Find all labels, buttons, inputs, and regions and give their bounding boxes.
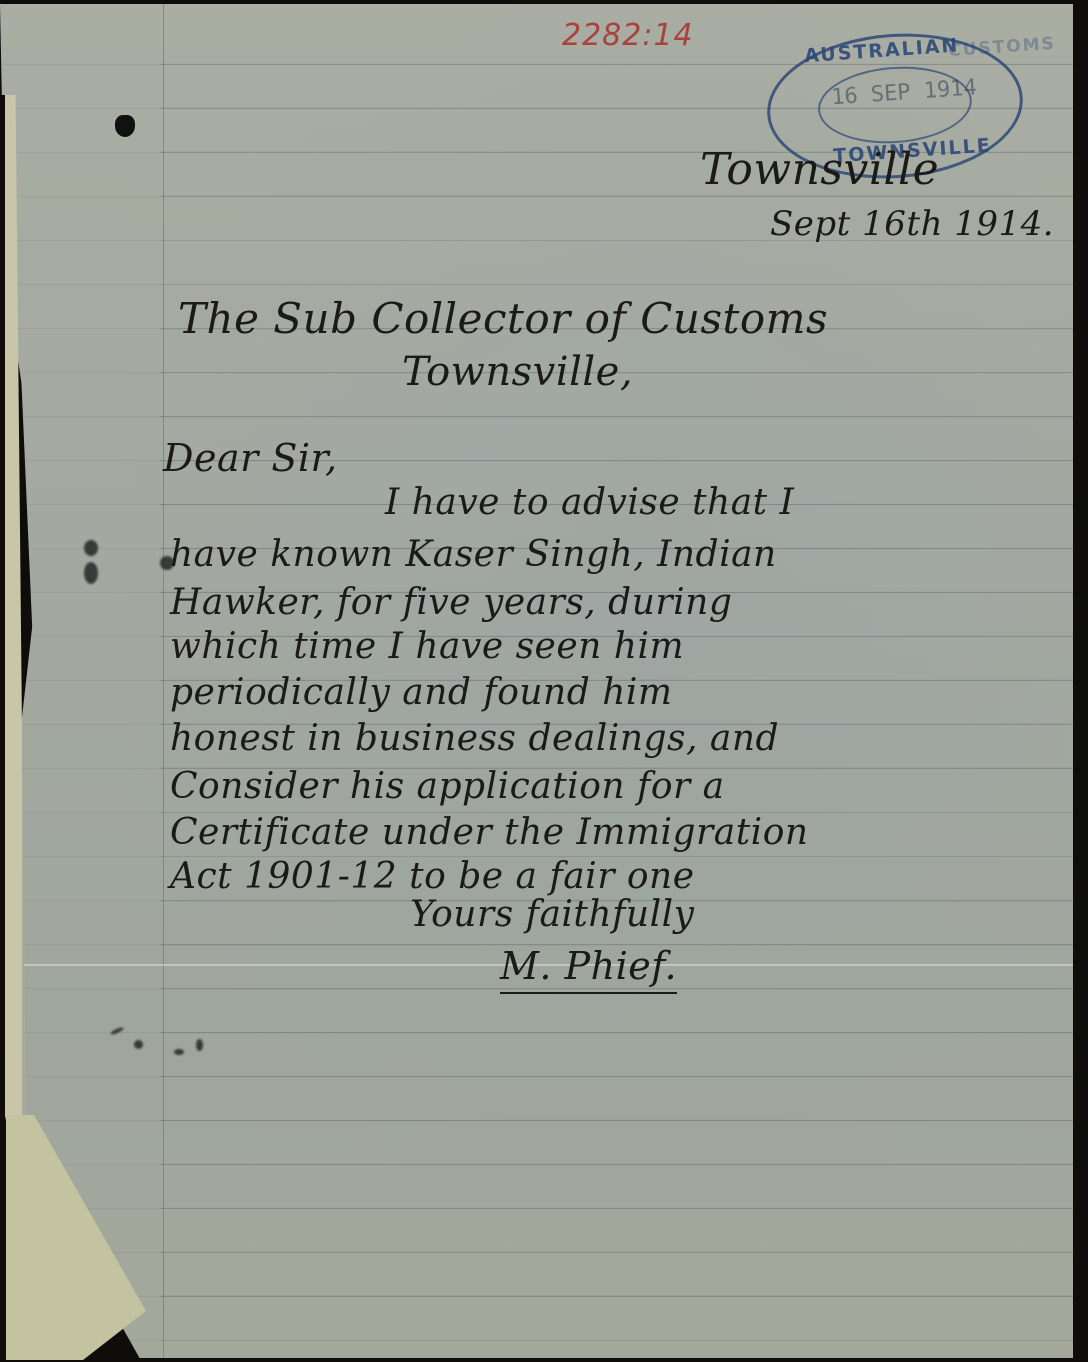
body-line: Consider his application for a xyxy=(170,766,725,807)
recipient-line-2: Townsville, xyxy=(402,349,633,395)
letter-paper: 2282:14 AUSTRALIAN CUSTOMS 16 SEP 1914 T… xyxy=(0,4,1073,1358)
ink-blot xyxy=(134,1040,143,1049)
punch-hole xyxy=(115,115,135,137)
letter-date: Sept 16th 1914. xyxy=(770,204,1054,244)
body-line: have known Kaser Singh, Indian xyxy=(170,534,777,575)
signature: M. Phief. xyxy=(500,944,677,994)
recipient-line-1: The Sub Collector of Customs xyxy=(178,294,828,343)
salutation: Dear Sir, xyxy=(163,436,338,480)
closing: Yours faithfully xyxy=(410,894,694,935)
reference-number: 2282:14 xyxy=(562,18,694,53)
body-line: Act 1901-12 to be a fair one xyxy=(170,856,695,897)
ink-blot xyxy=(196,1039,203,1051)
margin-line xyxy=(163,4,164,1358)
body-line: I have to advise that I xyxy=(385,482,794,523)
body-line: honest in business dealings, and xyxy=(170,718,779,759)
body-line: Hawker, for five years, during xyxy=(170,582,732,623)
body-line: which time I have seen him xyxy=(170,626,684,667)
ink-blot xyxy=(84,540,98,556)
place-heading: Townsville xyxy=(700,144,939,195)
ink-blot xyxy=(84,562,98,584)
ink-blot xyxy=(174,1049,184,1055)
body-line: periodically and found him xyxy=(170,672,673,713)
body-line: Certificate under the Immigration xyxy=(170,812,809,853)
